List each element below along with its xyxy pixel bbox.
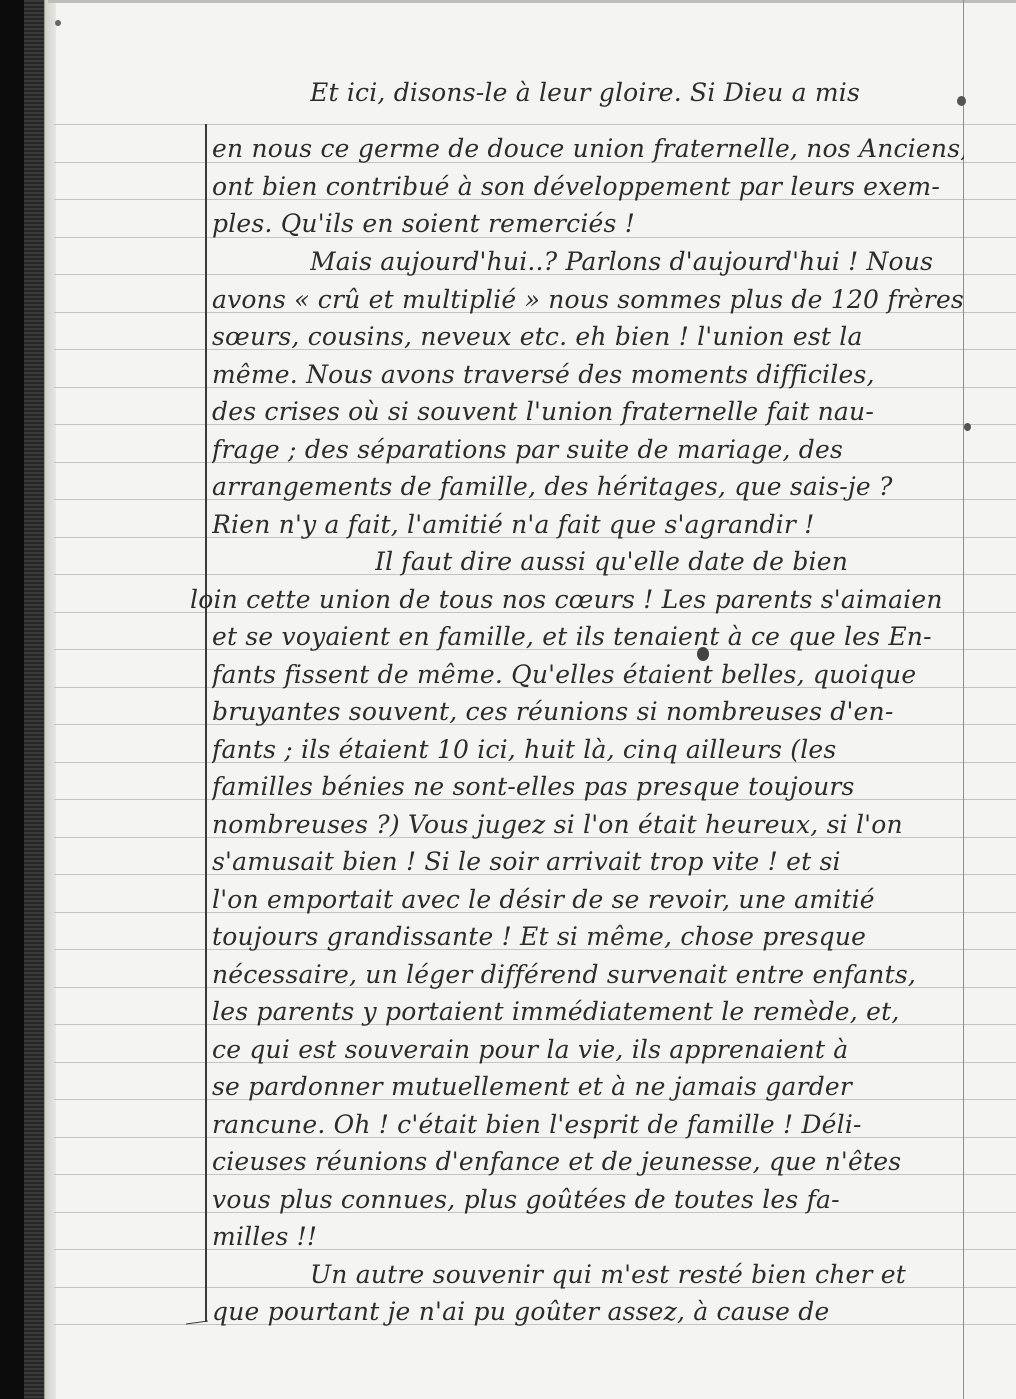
manuscript-line: se pardonner mutuellement et à ne jamais… [212, 1072, 964, 1102]
manuscript-line: les parents y portaient immédiatement le… [212, 997, 964, 1027]
manuscript-line: fants ; ils étaient 10 ici, huit là, cin… [212, 735, 964, 765]
manuscript-line: Et ici, disons-le à leur gloire. Si Dieu… [310, 78, 1016, 108]
manuscript-line: frage ; des séparations par suite de mar… [212, 435, 964, 465]
manuscript-line: ont bien contribué à son développement p… [212, 172, 964, 202]
book-binding [0, 0, 24, 1399]
manuscript-line: arrangements de famille, des héritages, … [212, 472, 964, 502]
ink-spot [964, 423, 971, 431]
page-top-edge [48, 0, 1016, 3]
manuscript-line: et se voyaient en famille, et ils tenaie… [212, 622, 964, 652]
manuscript-line: sœurs, cousins, neveux etc. eh bien ! l'… [212, 322, 964, 352]
manuscript-line: cieuses réunions d'enfance et de jeuness… [212, 1147, 964, 1177]
manuscript-line: nécessaire, un léger différend survenait… [212, 960, 964, 990]
manuscript-line: que pourtant je n'ai pu goûter assez, à … [212, 1297, 964, 1327]
manuscript-line: Un autre souvenir qui m'est resté bien c… [310, 1260, 1016, 1290]
manuscript-line: familles bénies ne sont-elles pas presqu… [212, 772, 964, 802]
ruled-line [54, 124, 1016, 125]
manuscript-line: des crises où si souvent l'union fratern… [212, 397, 964, 427]
manuscript-line: bruyantes souvent, ces réunions si nombr… [212, 697, 964, 727]
ink-spot [55, 20, 61, 26]
manuscript-line: ce qui est souverain pour la vie, ils ap… [212, 1035, 964, 1065]
manuscript-line: loin cette union de tous nos cœurs ! Les… [190, 585, 942, 615]
manuscript-line: même. Nous avons traversé des moments di… [212, 360, 964, 390]
manuscript-line: ples. Qu'ils en soient remerciés ! [212, 209, 964, 239]
manuscript-line: vous plus connues, plus goûtées de toute… [212, 1185, 964, 1215]
manuscript-line: l'on emportait avec le désir de se revoi… [212, 885, 964, 915]
manuscript-line: fants fissent de même. Qu'elles étaient … [212, 660, 964, 690]
manuscript-line: s'amusait bien ! Si le soir arrivait tro… [212, 847, 964, 877]
manuscript-line: toujours grandissante ! Et si même, chos… [212, 922, 964, 952]
manuscript-line: avons « crû et multiplié » nous sommes p… [212, 285, 964, 315]
manuscript-line: milles !! [212, 1222, 964, 1252]
manuscript-line: nombreuses ?) Vous jugez si l'on était h… [212, 810, 964, 840]
manuscript-line: Rien n'y a fait, l'amitié n'a fait que s… [212, 510, 964, 540]
left-margin-line [205, 124, 207, 1322]
manuscript-line: Mais aujourd'hui..? Parlons d'aujourd'hu… [310, 247, 1016, 277]
manuscript-line: rancune. Oh ! c'était bien l'esprit de f… [212, 1110, 964, 1140]
manuscript-line: Il faut dire aussi qu'elle date de bien [375, 547, 1016, 577]
manuscript-line: en nous ce germe de douce union fraterne… [212, 134, 964, 164]
binding-cloth-strip [24, 0, 44, 1399]
